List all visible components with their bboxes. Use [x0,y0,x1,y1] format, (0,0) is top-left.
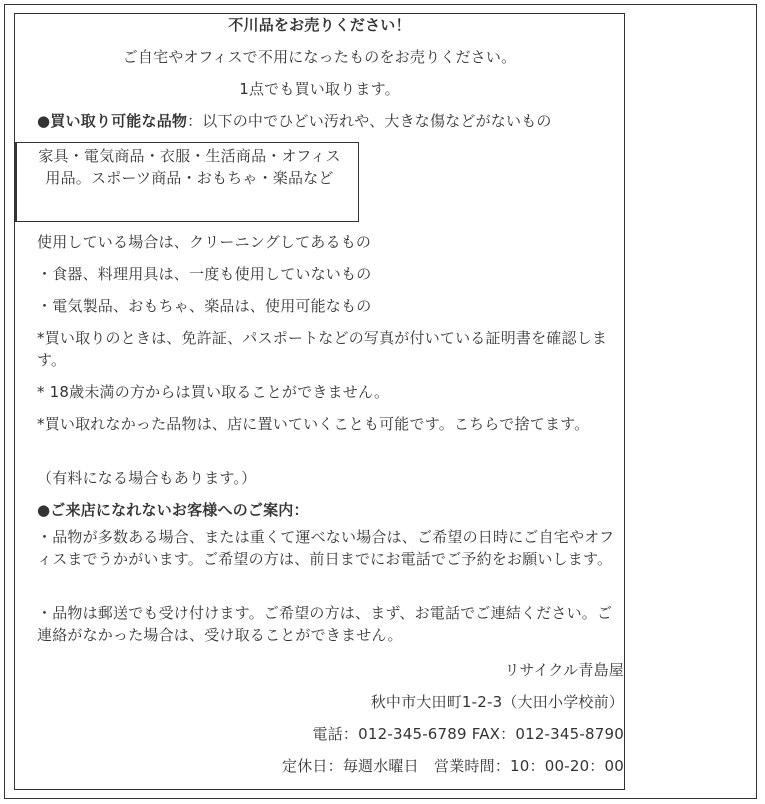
remote-service-heading: ●ご来店になれないお客様へのご案内： [37,499,621,521]
intro-line-2: 1点でも買い取ります。 [15,78,624,100]
note-disposal: *買い取れなかった品物は、店に置いていくことも可能です。こちらで捨てます。 [37,413,621,435]
remote-home-visit: ・品物が多数ある場合、または重くて運べない場合は、ご希望の日時にご自宅やオフィス… [37,526,621,570]
store-address: 秋中市大田町1-2-3（大田小学校前） [371,691,624,713]
note-fee: （有料になる場合もあります。） [37,467,621,489]
flyer-title: 不川品をお売りください！ [15,14,624,36]
accepted-items-heading: ●買い取り可能な品物：以下の中でひどい汚れや、大きな傷などがないもの [37,110,621,132]
flyer: 不川品をお売りください！ ご自宅やオフィスで不用になったものをお売りください。 … [14,13,625,790]
item-categories-box: 家具・電気商品・衣服・生活商品・オフィス用品。スポーツ商品・おもちゃ・楽品など [15,142,359,222]
note-age-limit: * 18歳未満の方からは買い取ることができません。 [37,381,621,403]
remote-mail-in: ・品物は郵送でも受け付けます。ご希望の方は、まず、お電話でご連結ください。ご連絡… [37,602,621,646]
condition-tableware: ・食器、料理用具は、一度も使用していないもの [37,263,621,285]
condition-electronics: ・電気製品、おもちゃ、楽品は、使用可能なもの [37,295,621,317]
intro-line-1: ご自宅やオフィスで不用になったものをお売りください。 [15,46,624,68]
note-id-check: *買い取りのときは、免許証、パスポートなどの写真が付いている証明書を確認します。 [37,327,621,371]
store-hours: 定休日：毎週水曜日 営業時間：10：00-20：00 [282,755,624,777]
accepted-items-desc: ：以下の中でひどい汚れや、大きな傷などがないもの [187,112,552,130]
accepted-items-label: ●買い取り可能な品物 [37,112,187,130]
condition-used: 使用している場合は、クリーニングしてあるもの [37,231,621,253]
store-name: リサイクル青島屋 [504,659,624,681]
store-contact: 電話：012-345-6789 FAX：012-345-8790 [313,723,624,745]
